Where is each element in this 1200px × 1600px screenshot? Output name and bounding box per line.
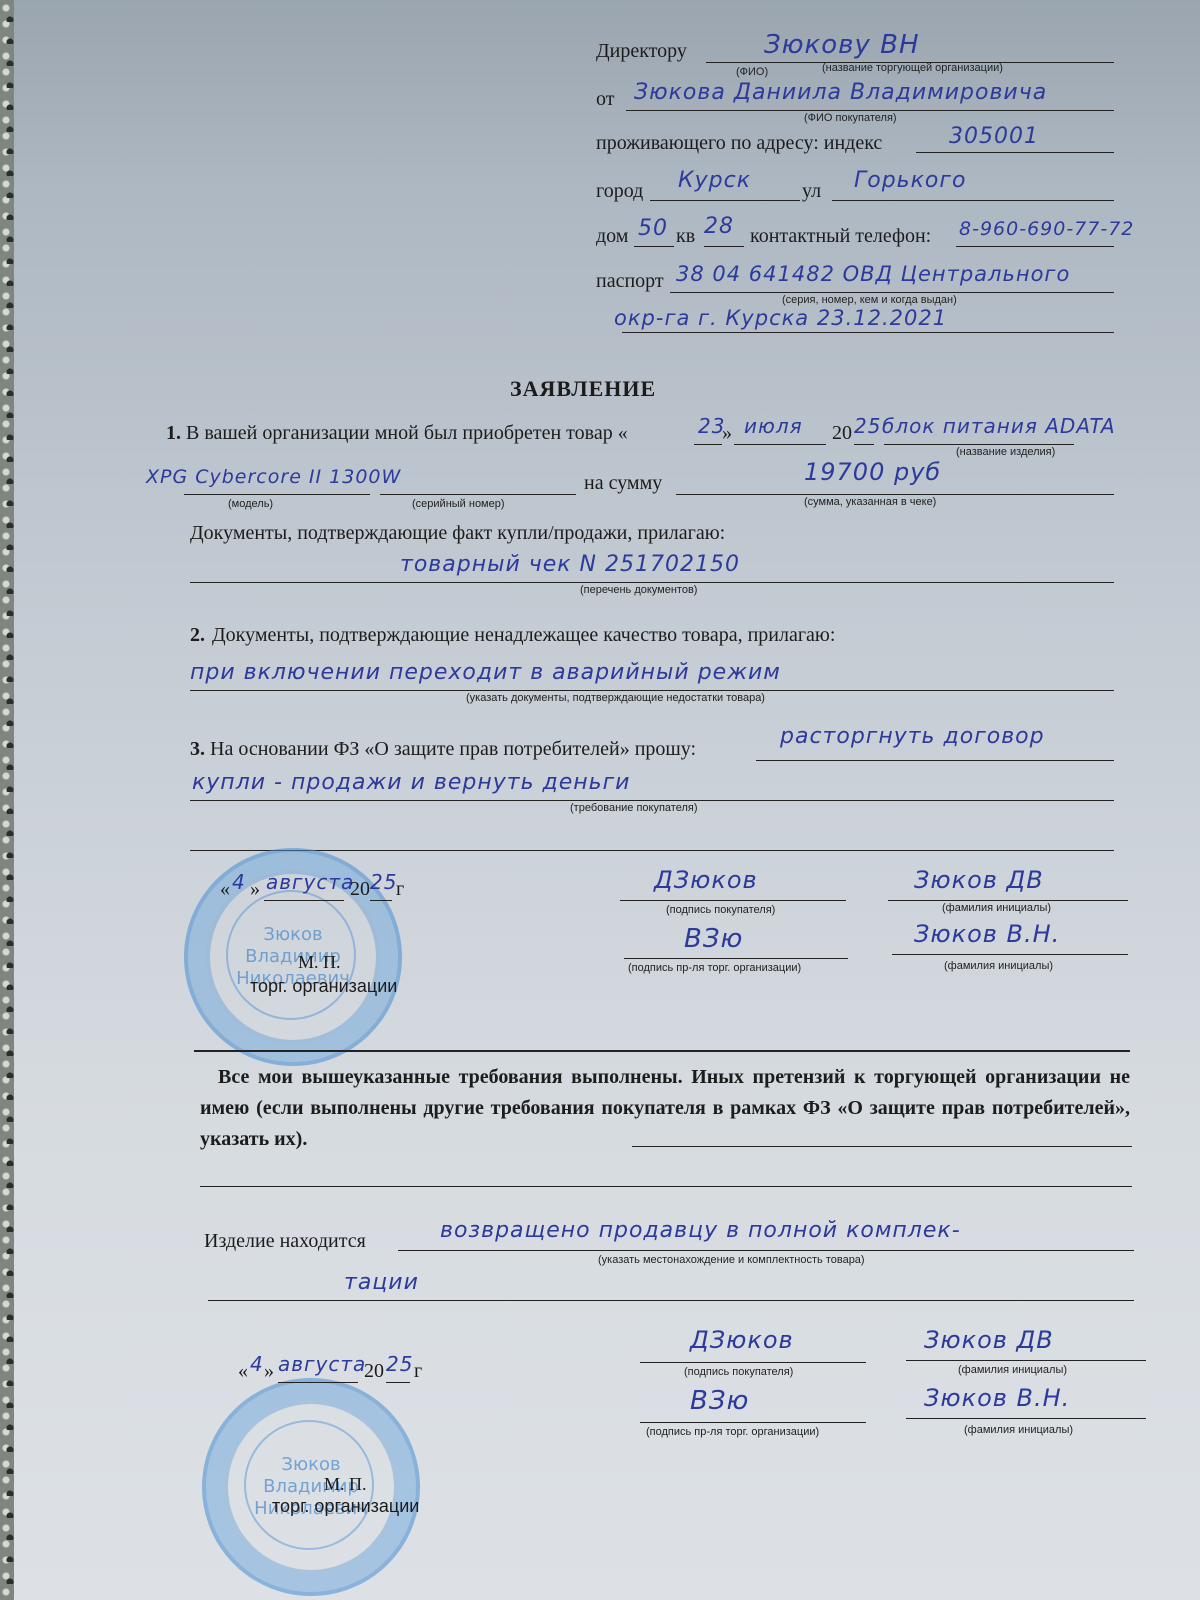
docs-value: товарный чек N 251702150 — [400, 552, 740, 577]
seller-name1-line — [892, 954, 1128, 955]
buyer-name1-hint: (фамилия инициалы) — [942, 902, 1051, 914]
section3-number: 3. — [190, 738, 205, 761]
section3-line-2 — [190, 800, 1114, 801]
item-location-label: Изделие находится — [204, 1230, 366, 1253]
index-line — [916, 152, 1114, 153]
year-line — [854, 444, 874, 445]
stamp2-mp: М. П. — [324, 1474, 367, 1495]
seal-name: Владимир — [188, 946, 398, 967]
date2-open: « — [238, 1360, 248, 1383]
document-title: ЗАЯВЛЕНИЕ — [510, 376, 656, 402]
seller-sign2-line — [640, 1422, 866, 1423]
index-value: 305001 — [949, 124, 1039, 149]
street-label: ул — [802, 180, 821, 203]
seal-stamp-2: Зюков Владимир Николаевич — [202, 1378, 420, 1596]
buyer-name2-hint: (фамилия инициалы) — [958, 1364, 1067, 1376]
house-value: 50 — [638, 216, 668, 241]
section3-value-2: купли - продажи и вернуть деньги — [192, 770, 630, 795]
date1-day: 4 — [232, 870, 246, 894]
date1-year-suffix: г — [396, 878, 404, 901]
from-label: от — [596, 88, 614, 111]
docs-hint: (перечень документов) — [580, 584, 697, 596]
seller-sign1-hint: (подпись пр-ля торг. организации) — [628, 962, 801, 974]
serial-hint: (серийный номер) — [412, 498, 505, 510]
section-divider — [194, 1050, 1130, 1052]
buyer-sign2-hint: (подпись покупателя) — [684, 1366, 793, 1378]
section3-hint: (требование покупателя) — [570, 802, 698, 814]
phone-label: контактный телефон: — [750, 225, 931, 248]
section2-line — [190, 690, 1114, 691]
date1-month: августа — [266, 870, 354, 894]
date2-year: 25 — [386, 1352, 413, 1376]
section2-hint: (указать документы, подтверждающие недос… — [466, 692, 765, 704]
director-value: Зюкову ВН — [764, 30, 920, 60]
date2-month-line — [278, 1382, 358, 1383]
item-location-value-2: тации — [344, 1270, 419, 1295]
section2-value: при включении переходит в аварийный режи… — [190, 660, 781, 685]
date2-year-line — [386, 1382, 410, 1383]
date1-year: 25 — [370, 870, 397, 894]
buyer-signature-2: ДЗюков — [690, 1326, 794, 1354]
closing-line-2 — [200, 1186, 1132, 1187]
flat-line — [704, 246, 744, 247]
seller-name-2: Зюков В.Н. — [924, 1384, 1070, 1412]
buyer-name-2: Зюков ДВ — [924, 1326, 1054, 1354]
date1-open: « — [220, 878, 230, 901]
docs-line — [190, 582, 1114, 583]
buyer-name1-line — [888, 900, 1128, 901]
director-label: Директору — [596, 40, 687, 63]
seller-signature-1: ВЗю — [684, 924, 743, 954]
buyer-sign2-line — [640, 1362, 866, 1363]
product-hint: (название изделия) — [956, 446, 1055, 458]
house-label: дом — [596, 225, 628, 248]
section3-line-1 — [756, 760, 1114, 761]
date2-day: 4 — [250, 1352, 264, 1376]
product-line — [884, 444, 1074, 445]
from-hint: (ФИО покупателя) — [804, 112, 897, 124]
seal-surname: Зюков — [188, 924, 398, 945]
passport-value-1: 38 04 641482 ОВД Центрального — [676, 262, 1070, 286]
seller-sign1-line — [624, 958, 848, 959]
phone-value: 8-960-690-77-72 — [959, 218, 1134, 240]
passport-line — [670, 292, 1114, 293]
model-line — [184, 494, 370, 495]
date2-month: августа — [278, 1352, 366, 1376]
closing-line-1 — [632, 1146, 1132, 1147]
section2-label: Документы, подтверждающие ненадлежащее к… — [212, 624, 835, 647]
model-hint: (модель) — [228, 498, 273, 510]
city-value: Курск — [678, 168, 751, 193]
model-value: XPG Cybercore II 1300W — [146, 466, 401, 488]
sum-hint: (сумма, указанная в чеке) — [804, 496, 936, 508]
section2-number: 2. — [190, 624, 205, 647]
phone-line — [956, 246, 1114, 247]
section1-text: В вашей организации мной был приобретен … — [186, 422, 628, 445]
seller-name2-hint: (фамилия инициалы) — [964, 1424, 1073, 1436]
section1-number: 1. — [166, 422, 181, 445]
date2-mid: » — [264, 1360, 274, 1383]
passport-line-2 — [622, 332, 1114, 333]
address-label: проживающего по адресу: индекс — [596, 132, 882, 155]
date1-month-line — [264, 900, 344, 901]
date1-year-prefix: 20 — [350, 878, 370, 901]
item-location-line-1 — [398, 1250, 1134, 1251]
seller-name-1: Зюков В.Н. — [914, 920, 1060, 948]
stamp1-org: торг. организации — [250, 976, 397, 997]
item-location-line-2 — [208, 1300, 1134, 1301]
date2-year-prefix: 20 — [364, 1360, 384, 1383]
seller-name1-hint: (фамилия инициалы) — [944, 960, 1053, 972]
product-name: блок питания ADATA — [882, 414, 1116, 438]
seller-signature-2: ВЗю — [690, 1386, 749, 1416]
item-location-value-1: возвращено продавцу в полной комплек- — [440, 1218, 961, 1243]
sum-value: 19700 руб — [804, 458, 941, 486]
director-hint-org: (название торгующей организации) — [822, 62, 1003, 74]
section3-value-1: расторгнуть договор — [780, 724, 1045, 749]
from-value: Зюкова Даниила Владимировича — [634, 80, 1047, 105]
passport-label: паспорт — [596, 270, 664, 293]
closing-statement: Все мои вышеуказанные требования выполне… — [200, 1062, 1130, 1155]
passport-value-2: окр-га г. Курска 23.12.2021 — [614, 306, 947, 330]
seller-name2-line — [906, 1418, 1146, 1419]
section3-label: На основании ФЗ «О защите прав потребите… — [210, 738, 696, 761]
street-line — [832, 200, 1114, 201]
document-page: Директору Зюкову ВН (ФИО) (название торг… — [14, 0, 1200, 1600]
stamp1-mp: М. П. — [298, 952, 341, 973]
buyer-name-1: Зюков ДВ — [914, 866, 1044, 894]
year-prefix: 20 — [832, 422, 852, 445]
date1-mid: » — [250, 878, 260, 901]
section3-line-3 — [190, 850, 1114, 851]
seal2-surname: Зюков — [206, 1454, 416, 1475]
purchase-month: июля — [744, 414, 803, 438]
quote-close: » — [722, 422, 732, 445]
director-hint-fio: (ФИО) — [736, 66, 768, 78]
house-line — [634, 246, 674, 247]
buyer-signature-1: ДЗюков — [654, 866, 758, 894]
sum-label: на сумму — [584, 472, 662, 495]
stamp2-org: торг. организации — [272, 1496, 419, 1517]
flat-value: 28 — [704, 214, 734, 239]
date1-year-line — [370, 900, 392, 901]
month-line — [734, 444, 826, 445]
sum-line — [676, 494, 1114, 495]
passport-hint: (серия, номер, кем и когда выдан) — [782, 294, 957, 306]
flat-label: кв — [676, 225, 695, 248]
day-line — [694, 444, 722, 445]
date2-year-suffix: г — [414, 1360, 422, 1383]
city-line — [650, 200, 800, 201]
purchase-year: 25 — [854, 414, 881, 438]
street-value: Горького — [854, 168, 966, 193]
seal2-name: Владимир — [206, 1476, 416, 1497]
seller-sign2-hint: (подпись пр-ля торг. организации) — [646, 1426, 819, 1438]
city-label: город — [596, 180, 643, 203]
buyer-sign1-line — [620, 900, 846, 901]
item-location-hint: (указать местонахождение и комплектность… — [598, 1254, 865, 1266]
docs-label: Документы, подтверждающие факт купли/про… — [190, 522, 725, 545]
buyer-name2-line — [906, 1360, 1146, 1361]
serial-line — [380, 494, 576, 495]
buyer-sign1-hint: (подпись покупателя) — [666, 904, 775, 916]
from-line — [626, 110, 1114, 111]
